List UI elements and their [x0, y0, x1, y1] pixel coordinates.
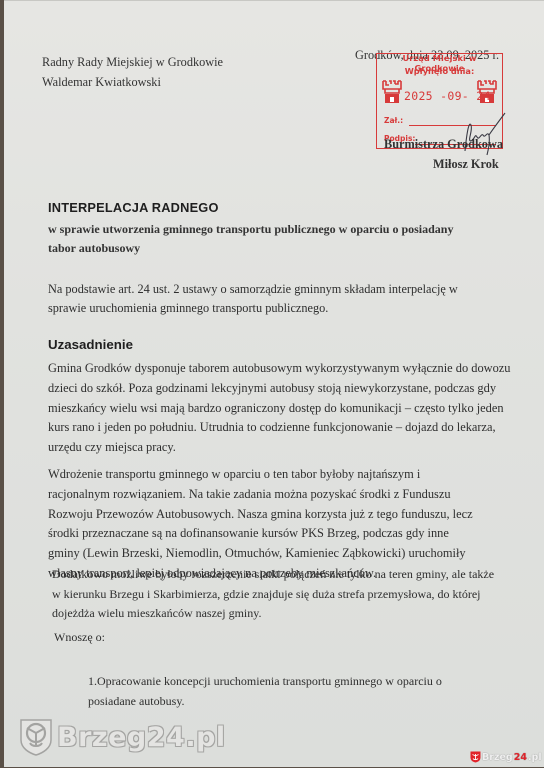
recipient-name: Miłosz Krok: [433, 155, 499, 175]
justification-paragraph: Gmina Grodków dysponuje taborem autobuso…: [48, 359, 518, 458]
document-heading: INTERPELACJA RADNEGO: [48, 200, 219, 215]
sender-title: Radny Rady Miejskiej w Grodkowie: [42, 53, 223, 73]
watermark-small-suffix: .pl: [528, 752, 542, 763]
anchor-shield-icon: [18, 717, 54, 757]
watermark-small: Brzeg24.pl: [470, 751, 542, 763]
stamp-received-label: Wpłynęło dnia:: [377, 66, 502, 76]
document-subject: w sprawie utworzenia gminnego transportu…: [48, 220, 468, 258]
request-intro: Wnoszę o:: [54, 630, 105, 645]
stamp-received-date: 2025 -09- 24: [404, 89, 491, 103]
justification-heading: Uzasadnienie: [48, 337, 133, 352]
anchor-shield-icon: [470, 751, 481, 763]
watermark-small-accent: 24: [514, 752, 527, 763]
document-page: Radny Rady Miejskiej w Grodkowie Waldema…: [4, 0, 544, 767]
recipient-title: Burmistrza Grodkowa: [384, 135, 503, 155]
watermark-large: Brzeg24.pl: [18, 717, 226, 757]
castle-icon: [381, 78, 403, 104]
stamp-attachments-label: Zał.:: [384, 116, 403, 125]
request-item: 1.Opracowanie koncepcji uruchomienia tra…: [88, 672, 458, 711]
sender-name: Waldemar Kwiatkowski: [42, 73, 161, 93]
watermark-small-prefix: Brzeg: [482, 752, 513, 763]
watermark-text: Brzeg24.pl: [57, 722, 226, 753]
justification-paragraph: Dodatkowo możliwe byłoby rozszerzenie si…: [52, 565, 502, 624]
intro-paragraph: Na podstawie art. 24 ust. 2 ustawy o sam…: [48, 280, 488, 318]
